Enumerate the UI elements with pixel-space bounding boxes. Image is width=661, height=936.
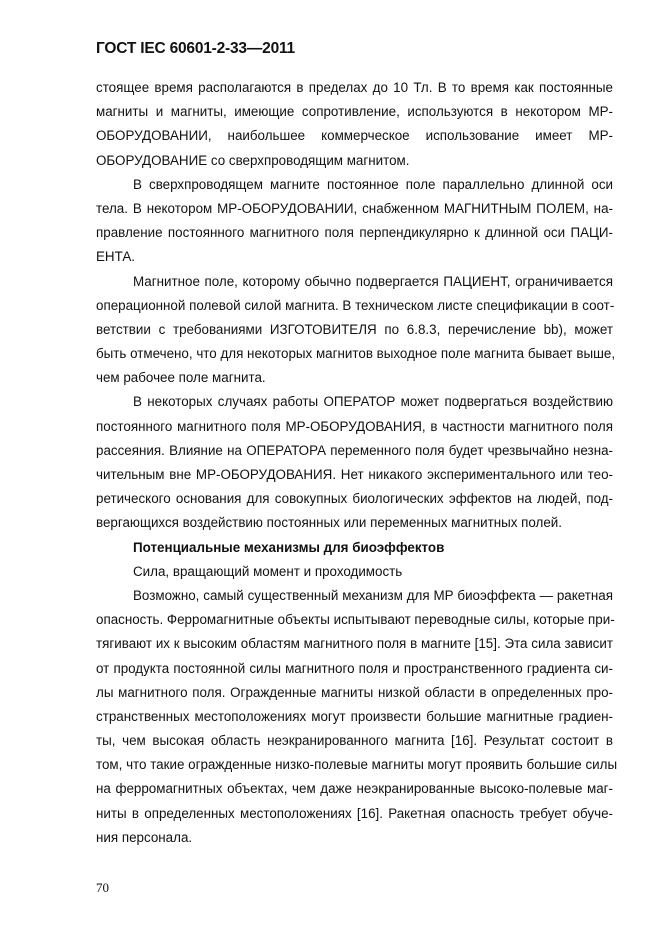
text-line: ЕНТА. [96,245,613,269]
text-line: чем рабочее поле магнита. [96,366,613,390]
text-line: Возможно, самый существенный механизм дл… [96,584,613,608]
text-line: В некоторых случаях работы ОПЕРАТОР може… [96,390,613,414]
text-line: операционной полевой силой магнита. В те… [96,294,613,318]
text-line: постоянного магнитного поля МР-ОБОРУДОВА… [96,415,613,439]
text-line: тягивают их к высоким областям магнитног… [96,632,613,656]
text-line: лы магнитного поля. Огражденные магниты … [96,681,613,705]
text-line: магниты и магниты, имеющие сопротивление… [96,100,613,124]
text-line: В сверхпроводящем магните постоянное пол… [96,173,613,197]
text-line: ты, чем высокая область неэкранированног… [96,729,613,753]
document-body: стоящее время располагаются в пределах д… [96,76,613,850]
text-line: стоящее время располагаются в пределах д… [96,76,613,100]
page-number: 70 [96,880,109,896]
text-line: быть отмечено, что для некоторых магнито… [96,342,613,366]
text-line: чительным вне МР-ОБОРУДОВАНИЯ. Нет никак… [96,463,613,487]
text-line: ОБОРУДОВАНИЕ со сверхпроводящим магнитом… [96,149,613,173]
text-line: том, что такие огражденные низко-полевые… [96,753,613,777]
text-line: ОБОРУДОВАНИИ, наибольшее коммерческое ис… [96,124,613,148]
text-line: опасность. Ферромагнитные объекты испыты… [96,608,613,632]
text-line: правление постоянного магнитного поля пе… [96,221,613,245]
text-line: от продукта постоянной силы магнитного п… [96,657,613,681]
section-heading: Потенциальные механизмы для биоэффектов [96,536,613,560]
text-line: на ферромагнитных объектах, чем даже неэ… [96,777,613,801]
text-line: тела. В некотором МР-ОБОРУДОВАНИИ, снабж… [96,197,613,221]
text-line: рассеяния. Влияние на ОПЕРАТОРА переменн… [96,439,613,463]
text-line: вергающихся воздействию постоянных или п… [96,511,613,535]
text-line: Сила, вращающий момент и проходимость [96,560,613,584]
text-line: ниты в определенных местоположениях [16]… [96,802,613,826]
text-line: ния персонала. [96,826,613,850]
text-line: ветствии с требованиями ИЗГОТОВИТЕЛЯ по … [96,318,613,342]
text-line: ретического основания для совокупных био… [96,487,613,511]
text-line: Магнитное поле, которому обычно подверга… [96,270,613,294]
document-header: ГОСТ IEC 60601-2-33—2011 [96,40,295,58]
text-line: странственных местоположениях могут прои… [96,705,613,729]
